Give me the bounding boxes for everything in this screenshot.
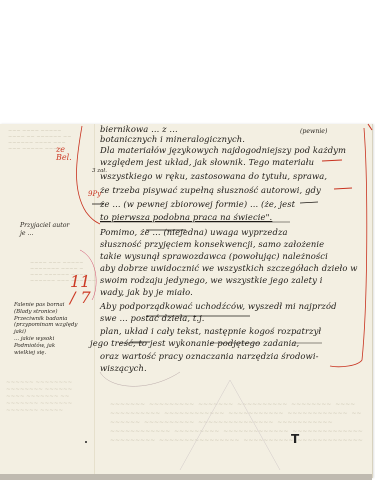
t-mark: T	[291, 432, 299, 446]
ink-dot	[85, 441, 87, 443]
svg-text:9Py: 9Py	[88, 190, 102, 198]
correction-marks: 9Py	[0, 0, 375, 480]
